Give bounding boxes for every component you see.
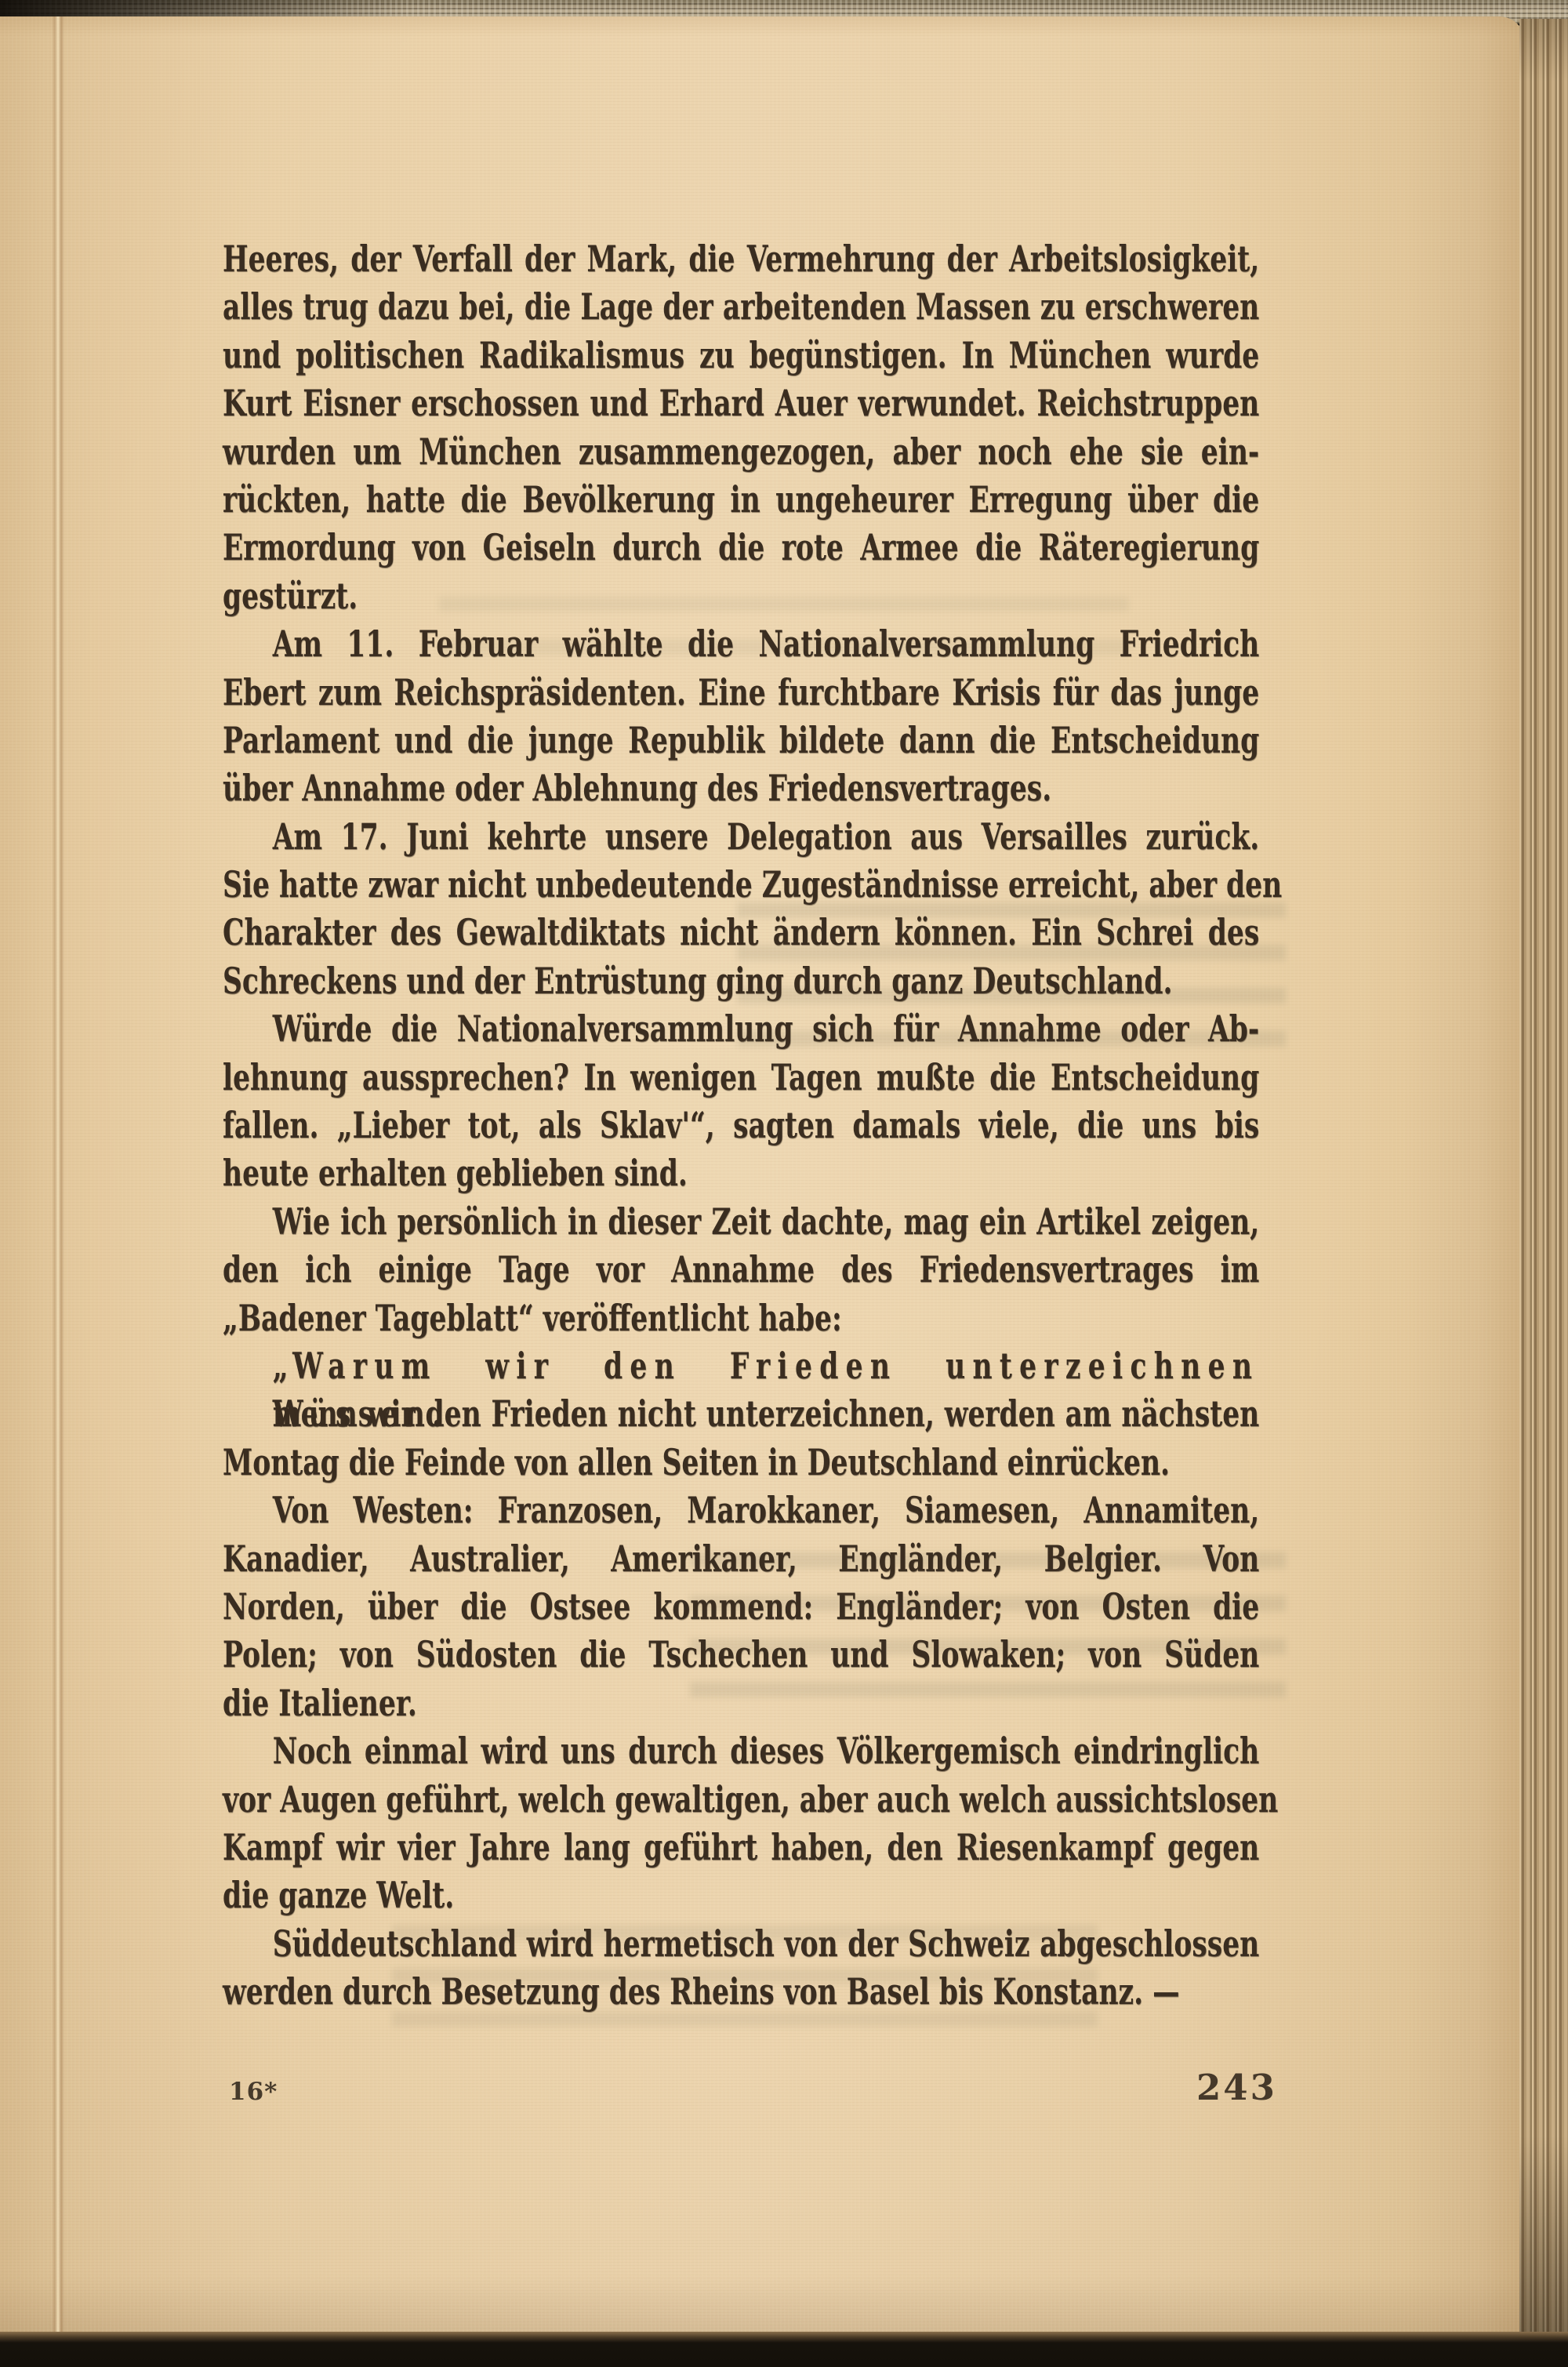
text-line: alles trug dazu bei, die Lage der arbeit…: [223, 283, 1259, 331]
text-line: Würde die Nationalversammlung sich für A…: [223, 1005, 1259, 1053]
fore-edge-page-stack: [1519, 19, 1568, 2336]
text-line: Noch einmal wird uns durch dieses Völker…: [223, 1727, 1259, 1775]
text-line: Ermordung von Geiseln durch die rote Arm…: [223, 524, 1259, 572]
text-line: werden durch Besetzung des Rheins von Ba…: [223, 1968, 1259, 2016]
heading-line: „Warum wir den Frieden unterzeichnen müs…: [223, 1342, 1259, 1390]
text-line: Süddeutschland wird hermetisch von der S…: [223, 1920, 1259, 1968]
text-line: Sie hatte zwar nicht unbedeutende Zugest…: [223, 861, 1259, 909]
text-line: Schreckens und der Entrüstung ging durch…: [223, 957, 1259, 1005]
text-line: „Badener Tageblatt“ veröffentlicht habe:: [223, 1294, 1259, 1342]
text-line: heute erhalten geblieben sind.: [223, 1149, 1259, 1197]
text-line: Kampf wir vier Jahre lang geführt haben,…: [223, 1824, 1259, 1871]
page-number: 243: [1196, 2067, 1277, 2108]
text-block: Heeres, der Verfall der Mark, die Vermeh…: [223, 235, 1259, 2016]
text-line: Norden, über die Ostsee kommend: Engländ…: [223, 1583, 1259, 1631]
text-line: lehnung aussprechen? In wenigen Tagen mu…: [223, 1054, 1259, 1102]
text-line: über Annahme oder Ablehnung des Friedens…: [223, 764, 1259, 812]
scanned-book-page: Heeres, der Verfall der Mark, die Vermeh…: [0, 0, 1568, 2367]
text-line: Charakter des Gewaltdiktats nicht ändern…: [223, 909, 1259, 957]
text-line: Kanadier, Australier, Amerikaner, Englän…: [223, 1535, 1259, 1583]
text-line: Heeres, der Verfall der Mark, die Vermeh…: [223, 235, 1259, 283]
text-line: Am 17. Juni kehrte unsere Delegation aus…: [223, 813, 1259, 861]
scan-bottom-edge: [0, 2332, 1568, 2367]
text-line: die Italiener.: [223, 1679, 1259, 1727]
text-line: wurden um München zusammengezogen, aber …: [223, 428, 1259, 476]
text-line: vor Augen geführt, welch gewaltigen, abe…: [223, 1776, 1259, 1824]
text-line: Wie ich persönlich in dieser Zeit dachte…: [223, 1198, 1259, 1246]
text-line: den ich einige Tage vor Annahme des Frie…: [223, 1246, 1259, 1294]
text-line: die ganze Welt.: [223, 1871, 1259, 1919]
text-line: und politischen Radikalismus zu begünsti…: [223, 332, 1259, 379]
gutter-crease-line: [52, 16, 64, 2338]
text-line: Montag die Feinde von allen Seiten in De…: [223, 1439, 1259, 1487]
text-line: Wenn wir den Frieden nicht unterzeichnen…: [223, 1390, 1259, 1438]
text-line: rückten, hatte die Bevölkerung in ungehe…: [223, 476, 1259, 524]
text-line: Kurt Eisner erschossen und Erhard Auer v…: [223, 379, 1259, 427]
text-line: gestürzt.: [223, 572, 1259, 620]
text-line: fallen. „Lieber tot, als Sklav'“, sagten…: [223, 1102, 1259, 1149]
signature-mark: 16*: [229, 2078, 278, 2106]
text-line: Ebert zum Reichspräsidenten. Eine furcht…: [223, 669, 1259, 717]
text-line: Parlament und die junge Republik bildete…: [223, 717, 1259, 764]
text-line: Von Westen: Franzosen, Marokkaner, Siame…: [223, 1487, 1259, 1534]
text-line: Polen; von Südosten die Tschechen und Sl…: [223, 1631, 1259, 1679]
text-line: Am 11. Februar wählte die Nationalversam…: [223, 620, 1259, 668]
